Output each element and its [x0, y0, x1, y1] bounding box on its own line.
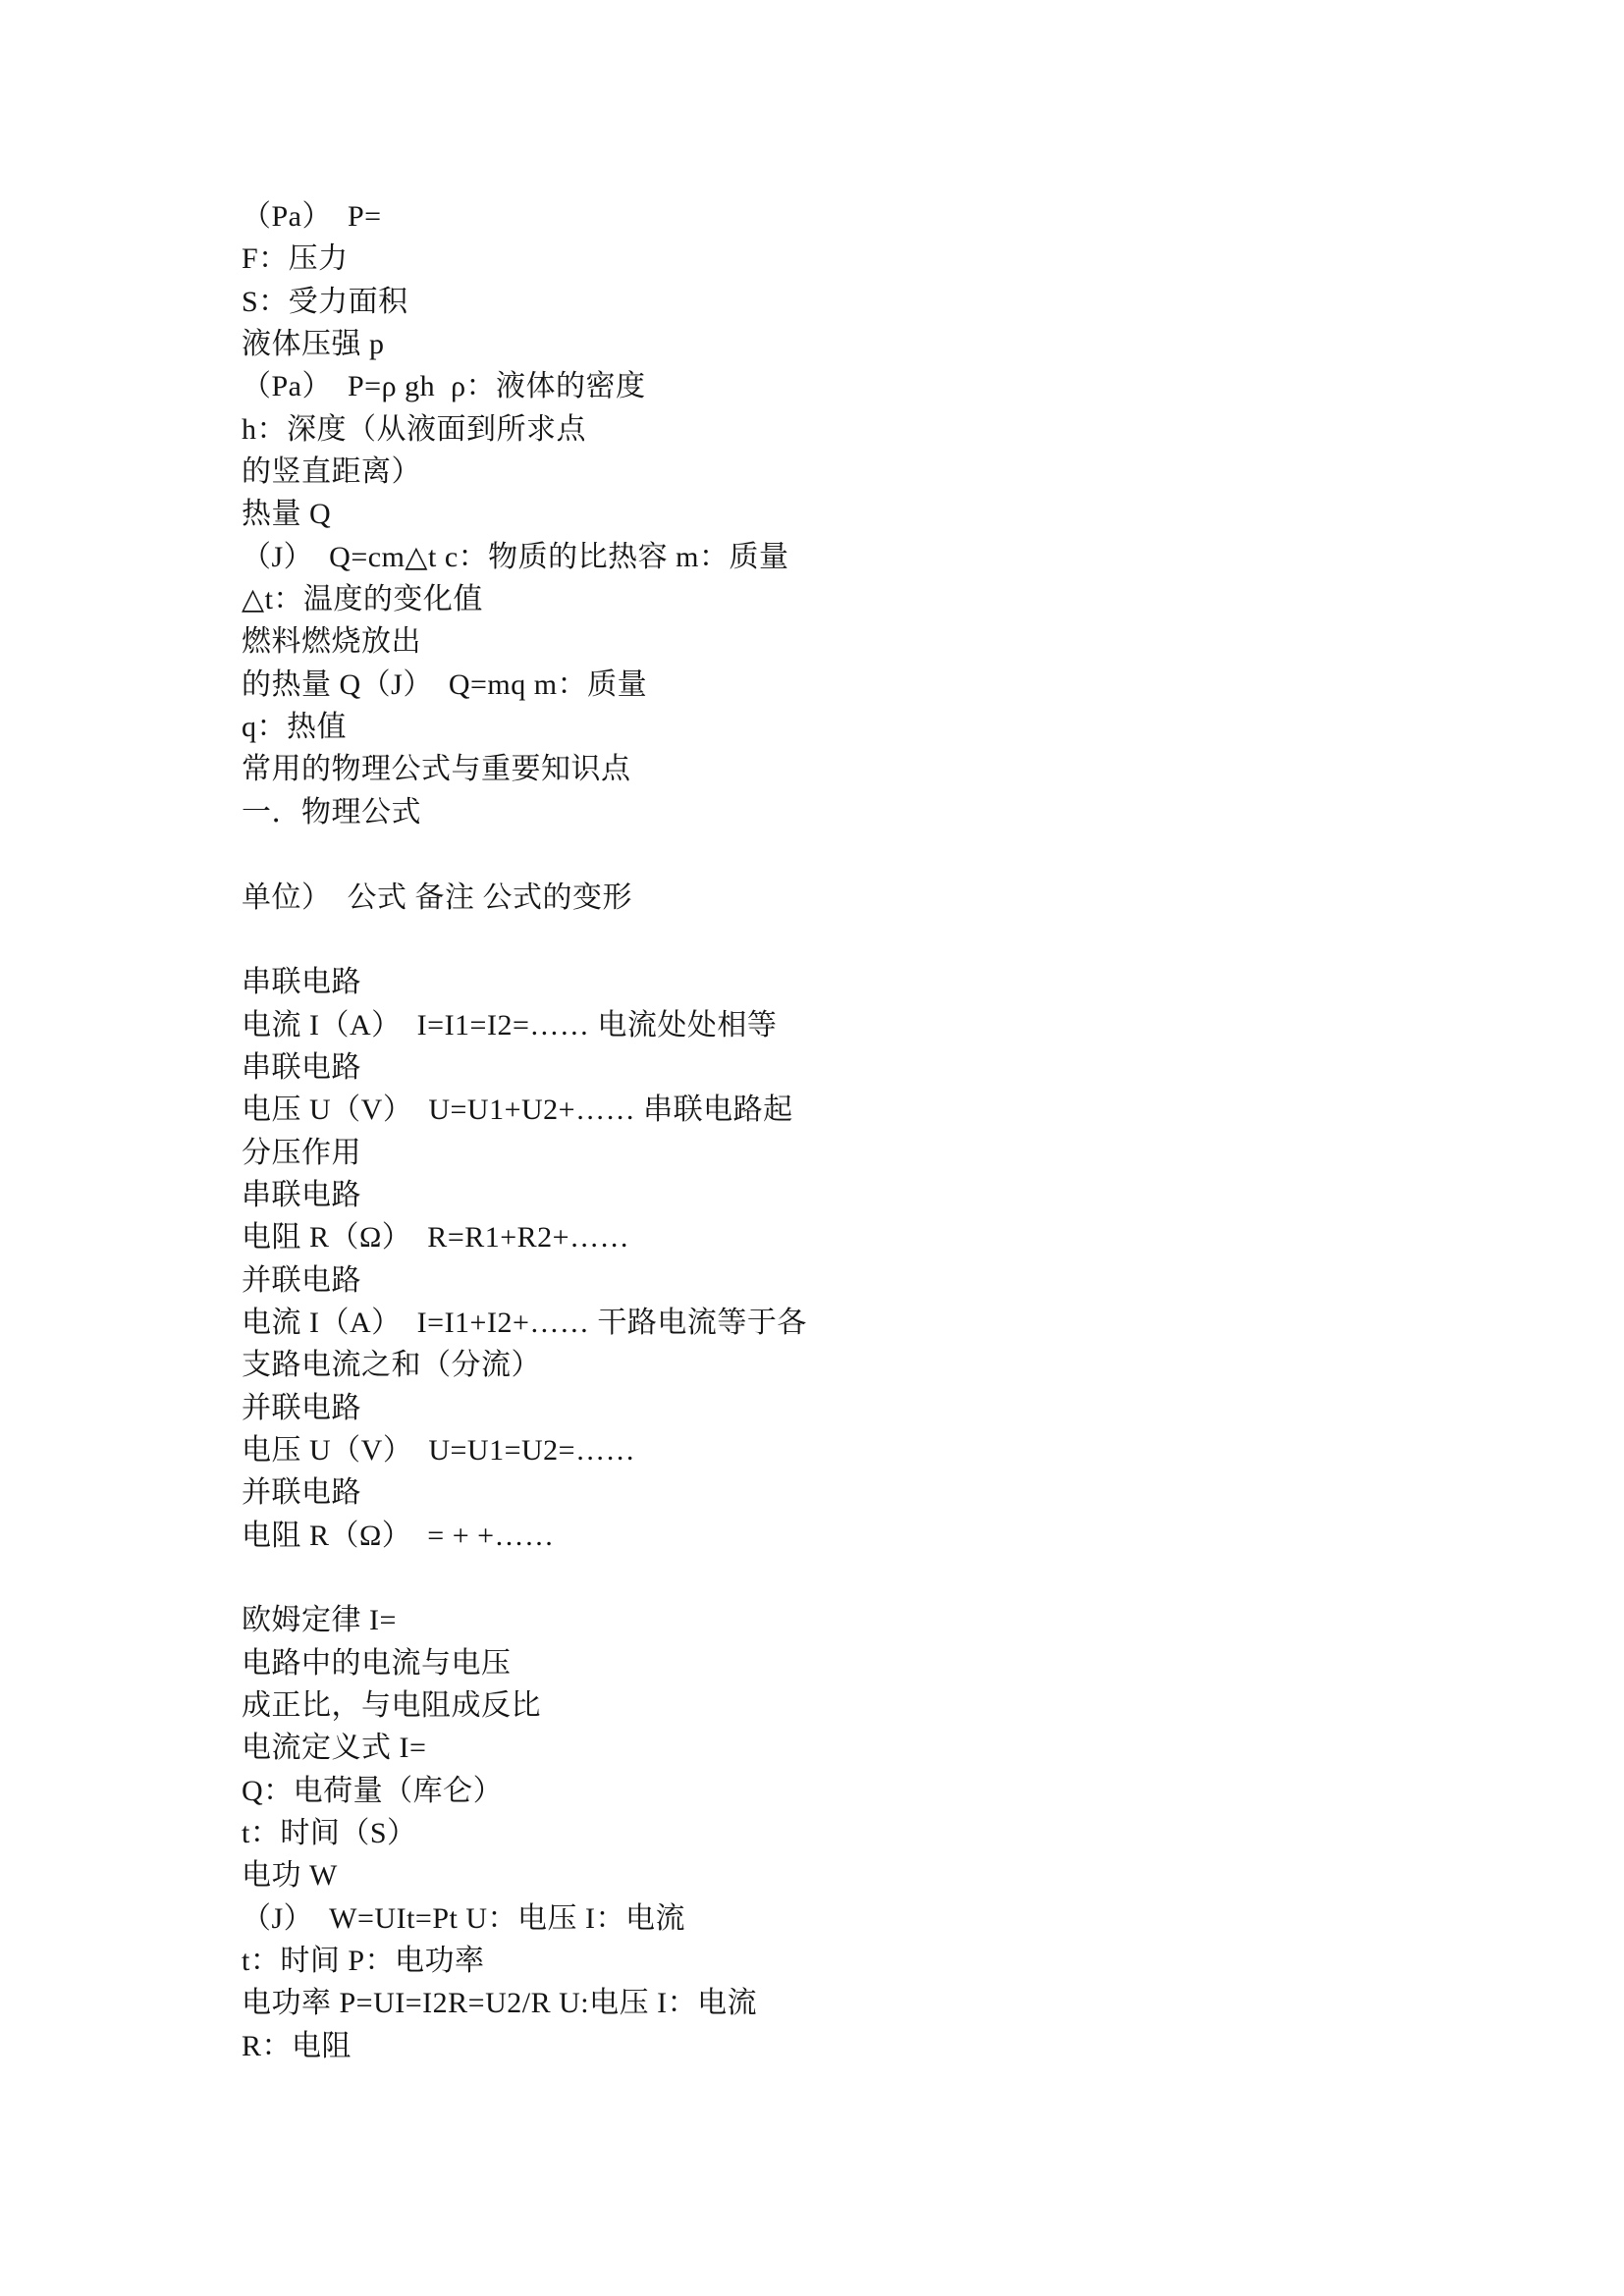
text-line: 串联电路 [242, 1046, 1420, 1089]
text-line: 电功 W [242, 1854, 1420, 1896]
text-line: 电阻 R（Ω） = + +…… [242, 1515, 1420, 1557]
text-line: （Pa） P=ρ gh ρ：液体的密度 [242, 365, 1420, 407]
text-line: h：深度（从液面到所求点 [242, 408, 1420, 451]
text-line: t：时间（S） [242, 1812, 1420, 1854]
text-line: F：压力 [242, 238, 1420, 280]
text-line-blank [242, 1557, 1420, 1599]
text-line: q：热值 [242, 706, 1420, 748]
text-line: 液体压强 p [242, 323, 1420, 365]
text-line: 串联电路 [242, 961, 1420, 1003]
text-line: （Pa） P= [242, 195, 1420, 238]
text-line: 常用的物理公式与重要知识点 [242, 748, 1420, 790]
text-line: 电流 I（A） I=I1=I2=…… 电流处处相等 [242, 1004, 1420, 1046]
text-line: 欧姆定律 I= [242, 1599, 1420, 1641]
text-line: （J） Q=cm△t c：物质的比热容 m：质量 [242, 536, 1420, 578]
text-line: 并联电路 [242, 1259, 1420, 1302]
text-line: 并联电路 [242, 1471, 1420, 1514]
text-line: （J） W=UIt=Pt U：电压 I：电流 [242, 1897, 1420, 1940]
text-line: 电功率 P=UI=I2R=U2/R U:电压 I：电流 [242, 1982, 1420, 2024]
text-line: 电路中的电流与电压 [242, 1642, 1420, 1684]
text-line: 的竖直距离） [242, 451, 1420, 493]
text-line: 成正比，与电阻成反比 [242, 1684, 1420, 1727]
text-line: 燃料燃烧放出 [242, 620, 1420, 663]
text-block: （Pa） P= F：压力 S：受力面积 液体压强 p （Pa） P=ρ gh ρ… [242, 195, 1420, 2067]
text-line: 电压 U（V） U=U1=U2=…… [242, 1429, 1420, 1471]
text-line: 并联电路 [242, 1387, 1420, 1429]
text-line: 电流 I（A） I=I1+I2+…… 干路电流等于各 [242, 1302, 1420, 1344]
text-line: R：电阻 [242, 2025, 1420, 2067]
text-line: S：受力面积 [242, 281, 1420, 323]
text-line: Q：电荷量（库仑） [242, 1770, 1420, 1812]
text-line: 电流定义式 I= [242, 1727, 1420, 1769]
text-line-blank [242, 833, 1420, 876]
text-line: 一．物理公式 [242, 791, 1420, 833]
text-line: 电阻 R（Ω） R=R1+R2+…… [242, 1216, 1420, 1258]
text-line: 单位） 公式 备注 公式的变形 [242, 877, 1420, 919]
text-line: t：时间 P：电功率 [242, 1940, 1420, 1982]
text-line-blank [242, 919, 1420, 961]
text-line: △t：温度的变化值 [242, 578, 1420, 620]
text-line: 热量 Q [242, 493, 1420, 535]
text-line: 串联电路 [242, 1174, 1420, 1216]
text-line: 电压 U（V） U=U1+U2+…… 串联电路起 [242, 1089, 1420, 1131]
text-line: 支路电流之和（分流） [242, 1344, 1420, 1386]
text-line: 的热量 Q（J） Q=mq m：质量 [242, 664, 1420, 706]
document-page: （Pa） P= F：压力 S：受力面积 液体压强 p （Pa） P=ρ gh ρ… [0, 0, 1624, 2296]
text-line: 分压作用 [242, 1132, 1420, 1174]
